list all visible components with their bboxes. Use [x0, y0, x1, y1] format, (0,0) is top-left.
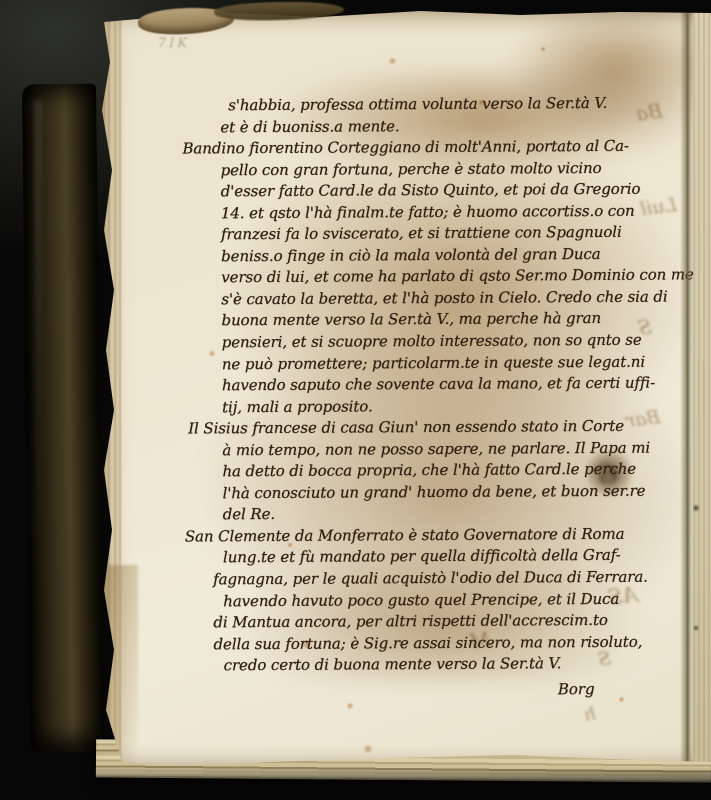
bottom-shadow — [90, 768, 711, 800]
text-line: credo certo di buona mente verso la Ser.… — [224, 653, 672, 677]
text-line: di Mantua ancora, per altri rispetti del… — [213, 610, 671, 634]
text-line: havendo havuto poco gusto quel Prencipe,… — [223, 588, 671, 612]
text-line: verso di lui, et come ha parlato di qsto… — [221, 265, 669, 289]
spine-highlight — [34, 100, 42, 660]
foxing-spot — [346, 702, 354, 710]
text-line: havendo saputo che sovente cava la mano,… — [222, 373, 670, 397]
text-line: della sua fortuna; è Sig.re assai sincer… — [213, 631, 671, 655]
foxing-spot — [362, 745, 374, 753]
foxing-spot — [388, 57, 397, 65]
corner-pencil-mark: 7IK — [158, 36, 190, 51]
text-line: buona mente verso la Ser.tà V., ma perch… — [221, 308, 669, 332]
text-line: beniss.o finge in ciò la mala volontà de… — [221, 243, 669, 267]
showthrough-mark: h — [583, 703, 597, 725]
text-line: pello con gran fortuna, perche è stato m… — [221, 157, 669, 181]
text-line: s'habbia, professa ottima volunta verso … — [228, 93, 668, 117]
manuscript-photo: Ba Luil S Bar G AS S h M 7IK s'habbia, p… — [0, 0, 711, 800]
text-line: à mio tempo, non ne posso sapere, ne par… — [222, 437, 670, 461]
text-line: l'hà conosciuto un grand' huomo da bene,… — [223, 480, 671, 504]
foxing-spot — [540, 46, 546, 52]
adjacent-page-strip — [693, 10, 711, 772]
text-line: d'esser fatto Card.le da Sisto Quinto, e… — [221, 179, 669, 203]
text-line: ne può promettere; particolarm.te in que… — [222, 351, 670, 375]
text-line: San Clemente da Monferrato è stato Gover… — [185, 523, 671, 548]
text-line: lung.te et fù mandato per quella diffico… — [223, 545, 671, 569]
text-line: ha detto di bocca propria, che l'hà fatt… — [222, 459, 670, 483]
text-line: Il Sisius francese di casa Giun' non ess… — [188, 416, 670, 440]
text-line: tij, mali a proposito. — [222, 394, 670, 418]
text-line: del Re. — [223, 502, 671, 526]
text-line: pensieri, et si scuopre molto interessat… — [222, 330, 670, 354]
manuscript-page: Ba Luil S Bar G AS S h M 7IK s'habbia, p… — [92, 10, 711, 772]
text-block: s'habbia, professa ottima volunta verso … — [182, 93, 672, 701]
gutter-crease — [680, 10, 694, 772]
catchword: Borg — [558, 679, 672, 698]
text-line: franzesi fa lo sviscerato, et si trattie… — [221, 222, 669, 246]
text-line: s'è cavato la beretta, et l'hà posto in … — [221, 286, 669, 310]
text-line: et è di buoniss.a mente. — [220, 114, 668, 138]
text-line: Bandino fiorentino Corteggiano di molt'A… — [182, 136, 668, 161]
text-line: fagnagna, per le quali acquistò l'odio d… — [213, 567, 671, 591]
text-line: 14. et qsto l'hà finalm.te fatto; è huom… — [221, 200, 669, 224]
